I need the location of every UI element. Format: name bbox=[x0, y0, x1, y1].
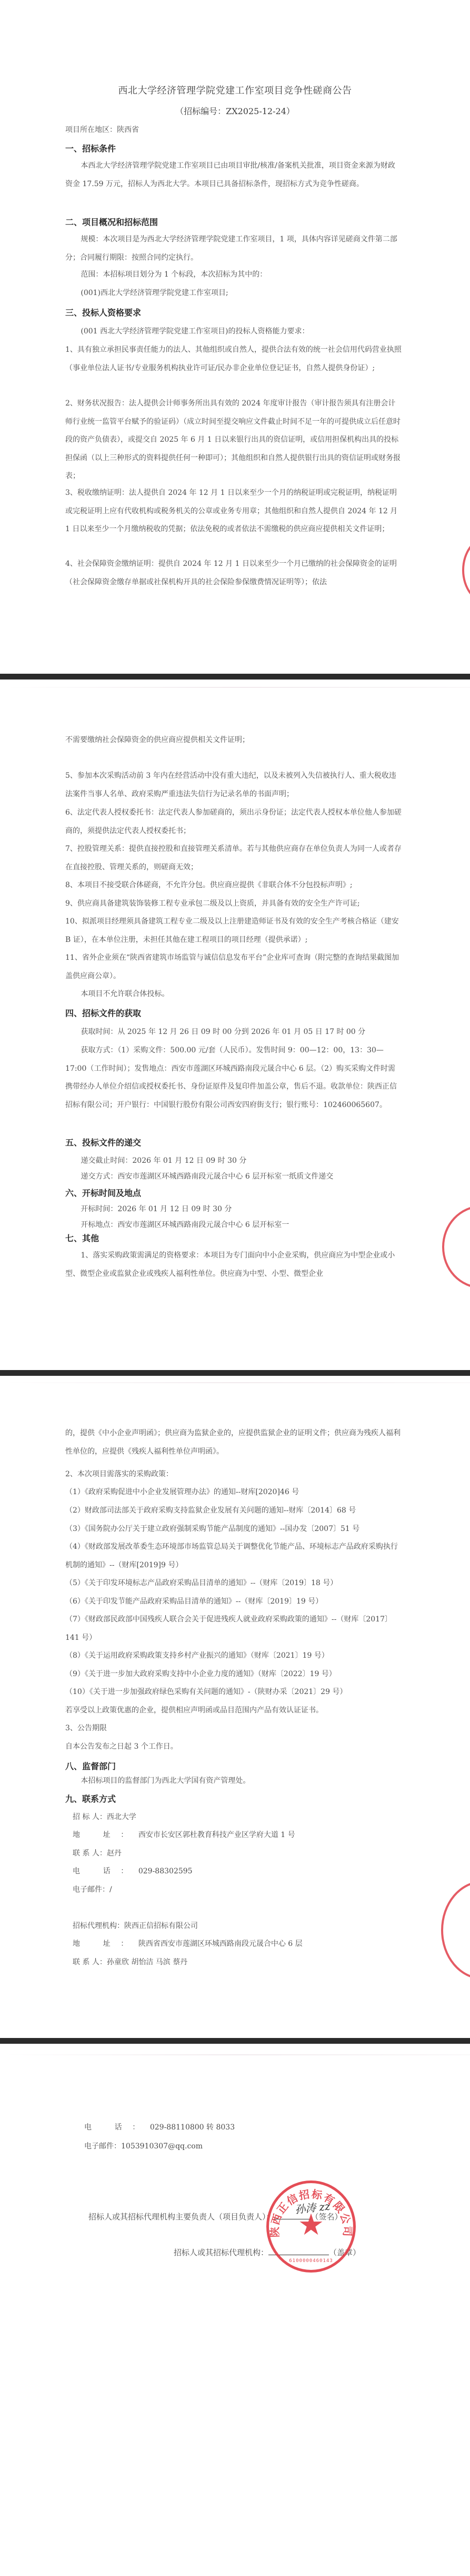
requirement-item: 5、参加本次采购活动前 3 年内在经营活动中没有重大违纪，以及未被列入失信被执行… bbox=[65, 767, 402, 803]
tenderer-phone: 电 话：029-88302595 bbox=[73, 1865, 193, 1876]
agency-name: 招标代理机构：陕西正信招标有限公司 bbox=[73, 1920, 198, 1931]
section-paragraph: 3、公告期限 bbox=[65, 1719, 402, 1738]
tender-number: （招标编号：ZX2025-12-24） bbox=[0, 105, 470, 117]
section-paragraph: 自本公告发布之日起 3 个工作日。 bbox=[65, 1738, 402, 1756]
agency-address: 地 址：陕西省西安市莲湖区环城西路南段元晟合中心 6 层 bbox=[73, 1938, 303, 1949]
section-paragraph: 获取方式：（1）采购文件：500.00 元/套（人民币）。发售时间 9：00—1… bbox=[65, 1041, 402, 1114]
section-paragraph: 的，提供《中小企业声明函》；供应商为监狱企业的，应提供监狱企业的证明文件；供应商… bbox=[65, 1424, 402, 1461]
policy-item: （2）财政部司法部关于政府采购支持监狱企业发展有关问题的通知--财库〔2014〕… bbox=[65, 1502, 402, 1520]
agency-contact: 联 系 人：孙童欣 胡怡洁 马滨 蔡丹 bbox=[73, 1956, 187, 1967]
section-paragraph: 2、本次项目需落实的采购政策： bbox=[65, 1465, 402, 1484]
policy-item: （10）《关于进一步加强政府绿色采购有关问题的通知》-（陕财办采〔2021〕29… bbox=[65, 1683, 402, 1701]
requirement-item: 6、法定代表人授权委托书：法定代表人参加磋商的，须出示身份证；法定代表人授权本单… bbox=[65, 804, 402, 840]
document-title: 西北大学经济管理学院党建工作室项目竞争性磋商公告 bbox=[0, 83, 470, 97]
section-paragraph: 本项目不允许联合体投标。 bbox=[65, 985, 402, 1003]
agency-phone: 电 话：029-88110800 转 8033 bbox=[84, 2122, 235, 2132]
page-separator bbox=[0, 2038, 470, 2044]
policy-item: （7）《财政部民政部中国残疾人联合会关于促进残疾人就业政府采购政策的通知》--（… bbox=[65, 1610, 402, 1647]
page-2: 不需要缴纳社会保障资金的供应商应提供相关文件证明； 5、参加本次采购活动前 3 … bbox=[0, 680, 470, 1370]
section-heading: 八、监督部门 bbox=[65, 1760, 116, 1772]
requirement-item: 9、供应商具备建筑装饰装修工程专业承包二级及以上资质，并具备有效的安全生产许可证… bbox=[65, 895, 402, 913]
tenderer-address: 地 址：西安市长安区郭杜教育科技产业区学府大道 1 号 bbox=[73, 1829, 295, 1840]
page-separator bbox=[0, 1370, 470, 1376]
section-heading: 一、招标条件 bbox=[65, 142, 116, 154]
section-paragraph: 范围：本招标项目划分为 1 个标段，本次招标为其中的： bbox=[65, 266, 402, 284]
requirement-item: 8、本项目不接受联合体磋商，不允许分包。供应商应提供《非联合体不分包投标声明》; bbox=[65, 876, 402, 895]
policy-item: （6）《关于印发节能产品政府采购品目清单的通知》--（财库〔2019〕19 号） bbox=[65, 1593, 402, 1611]
tenderer-email: 电子邮件：/ bbox=[73, 1884, 112, 1894]
section-paragraph: 规模：本次项目是为西北大学经济管理学院党建工作室项目，1 项，具体内容详见磋商文… bbox=[65, 230, 402, 267]
section-heading: 七、其他 bbox=[65, 1232, 99, 1244]
requirement-item: 11、省外企业须在“陕西省建筑市场监管与诚信信息发布平台”企业库可查询（附完整的… bbox=[65, 949, 402, 985]
policy-item: （5）《关于印发环境标志产品政府采购品目清单的通知》--（财库〔2019〕18 … bbox=[65, 1574, 402, 1593]
requirement-item: 不需要缴纳社会保障资金的供应商应提供相关文件证明； bbox=[65, 731, 402, 749]
tenderer-name: 招 标 人：西北大学 bbox=[73, 1811, 136, 1822]
requirement-item: 4、社会保障资金缴纳证明：提供自 2024 年 12 月 1 日以来至少一个月已… bbox=[65, 555, 402, 591]
section-paragraph: (001 西北大学经济管理学院党建工作室项目)的投标人资格能力要求： bbox=[65, 322, 402, 341]
section-paragraph: 1、落实采购政策需满足的资格要求：本项目为专门面向中小企业采购，供应商应为中型企… bbox=[65, 1246, 402, 1283]
section-paragraph: 若享受以上政策优惠的企业，提供相应声明函或品目范围内产品有效认证证书。 bbox=[65, 1701, 402, 1720]
section-heading: 九、联系方式 bbox=[65, 1792, 116, 1804]
section-heading: 六、开标时间及地点 bbox=[65, 1186, 141, 1199]
requirement-item: 1、具有独立承担民事责任能力的法人、其他组织或自然人，提供合法有效的统一社会信用… bbox=[65, 341, 402, 377]
seal-number: 6100000460143 bbox=[269, 2258, 353, 2264]
policy-item: （9）《关于进一步加大政府采购支持中小企业力度的通知》（财库〔2022〕19 号… bbox=[65, 1665, 402, 1683]
policy-item: （3）《国务院办公厅关于建立政府强制采购节能产品制度的通知》--国办发〔2007… bbox=[65, 1520, 402, 1538]
section-heading: 五、投标文件的递交 bbox=[65, 1136, 141, 1148]
page-4: 电 话：029-88110800 转 8033 电子邮件：1053910307@… bbox=[0, 2044, 470, 2576]
requirement-item: 7、控股管理关系：提供直接控股和直接管理关系清单。若与其他供应商存在单位负责人为… bbox=[65, 840, 402, 876]
section-heading: 三、投标人资格要求 bbox=[65, 306, 141, 318]
section-paragraph: 本西北大学经济管理学院党建工作室项目已由项目审批/核准/备案机关批准，项目资金来… bbox=[65, 157, 402, 193]
page-separator bbox=[0, 674, 470, 680]
requirement-item: 10、拟派项目经理须具备建筑工程专业二级及以上注册建造师证书及有效的安全生产考核… bbox=[65, 912, 402, 949]
section-paragraph: 本招标项目的监督部门为西北大学国有资产管理处。 bbox=[65, 1772, 402, 1790]
requirement-item: 3、税收缴纳证明：法人提供自 2024 年 12 月 1 日以来至少一个月的纳税… bbox=[65, 484, 402, 539]
star-icon: ★ bbox=[298, 2210, 324, 2240]
section-heading: 二、项目概况和招标范围 bbox=[65, 216, 158, 228]
section-paragraph: 获取时间：从 2025 年 12 月 26 日 09 时 00 分到 2026 … bbox=[65, 1023, 402, 1041]
policy-item: （1）《政府采购促进中小企业发展管理办法》的通知--财库[2020]46 号 bbox=[65, 1483, 402, 1502]
seal-stamp-partial bbox=[441, 1881, 470, 1980]
policy-item: （8）《关于运用政府采购政策支持乡村产业振兴的通知》（财库〔2021〕19 号） bbox=[65, 1647, 402, 1665]
lot-item: (001)西北大学经济管理学院党建工作室项目; bbox=[65, 284, 402, 302]
page-3: 的，提供《中小企业声明函》；供应商为监狱企业的，应提供监狱企业的证明文件；供应商… bbox=[0, 1376, 470, 2038]
section-heading: 四、招标文件的获取 bbox=[65, 1007, 141, 1019]
seal-stamp-partial bbox=[442, 1205, 470, 1289]
company-seal: 陕西正信招标有限公司 ★ 6100000460143 bbox=[266, 2181, 356, 2273]
project-region: 项目所在地区：陕西省 bbox=[65, 124, 139, 135]
requirement-item: 2、财务状况报告：法人提供会计师事务所出具有效的 2024 年度审计报告（审计报… bbox=[65, 394, 402, 485]
section-paragraph: 递交方式：西安市莲湖区环城西路南段元晟合中心 6 层开标室一纸质文件递交 bbox=[65, 1168, 402, 1186]
section-paragraph: 开标地点：西安市莲湖区环城西路南段元晟合中心 6 层开标室一 bbox=[65, 1216, 402, 1234]
policy-item: （4）《财政部发展改革委生态环境部市场监管总局关于调整优化节能产品、环境标志产品… bbox=[65, 1538, 402, 1574]
page-1: 西北大学经济管理学院党建工作室项目竞争性磋商公告 （招标编号：ZX2025-12… bbox=[0, 0, 470, 674]
seal-stamp-partial bbox=[462, 536, 470, 604]
agency-email: 电子邮件：1053910307@qq.com bbox=[84, 2141, 203, 2151]
tenderer-contact: 联 系 人：赵丹 bbox=[73, 1848, 122, 1858]
